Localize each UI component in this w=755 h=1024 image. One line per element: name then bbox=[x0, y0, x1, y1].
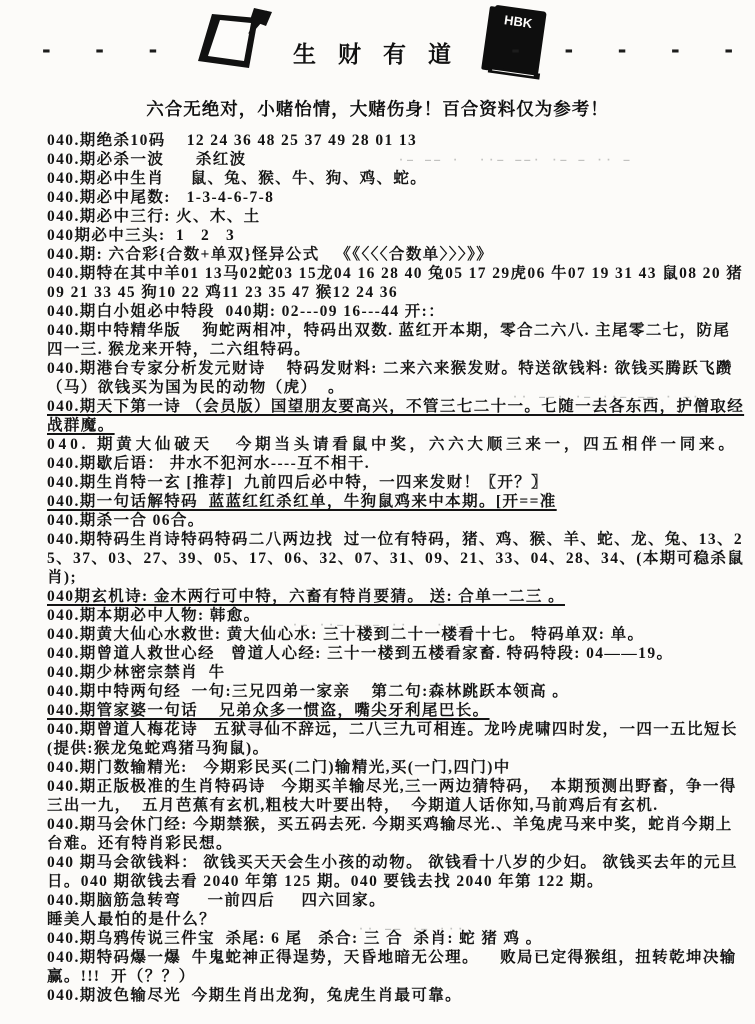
content-line: 040.期杀一合 06合。 bbox=[47, 511, 746, 530]
tips-list: 040.期绝杀10码 12 24 36 48 25 37 49 28 01 13… bbox=[47, 131, 746, 1005]
content-line: 040期玄机诗: 金木两行可中特，六畜有特肖要猜。 送: 合单一二三 。 bbox=[47, 587, 746, 606]
content-line: 040.期管家婆一句话 兄弟众多一惯盗，嘴尖牙利尾巴长。 bbox=[47, 701, 746, 720]
header: - - - - 生财有道 HBK - - - bbox=[0, 0, 755, 92]
content-line: 040 期马会欲钱料： 欲钱买天天会生小孩的动物。 欲钱看十八岁的少妇。 欲钱买… bbox=[47, 853, 746, 891]
content-line: 040.期绝杀10码 12 24 36 48 25 37 49 28 01 13 bbox=[47, 131, 746, 150]
content-line: 040.期特在其中羊01 13马02蛇03 15龙04 16 28 40 兔05… bbox=[47, 264, 746, 302]
content-line: 040.期少林密宗禁肖 牛 bbox=[47, 663, 746, 682]
content-line: 040.期特码生肖诗特码特码二八两边找 过一位有特码，猪、鸡、猴、羊、蛇、龙、兔… bbox=[47, 530, 746, 587]
content-line: 040.期天下第一诗 （会员版）国望朋友要高兴，不管三七二十一。七随一去各东西，… bbox=[47, 397, 746, 435]
notepad-pen-icon bbox=[196, 6, 278, 81]
content-line: 040.期乌鸦传说三件宝 杀尾: 6 尾 杀合: 三 合 杀肖: 蛇 猪 鸡 。 bbox=[47, 929, 746, 948]
content-line: 040.期曾道人救世心经 曾道人心经: 三十一楼到五楼看家畜. 特码特段: 04… bbox=[47, 644, 746, 663]
content-line: 040.期一句话解特码 蓝蓝红红杀红单，牛狗鼠鸡来中本期。[开==准 bbox=[47, 492, 746, 511]
content-line: 040.期白小姐必中特段 040期: 02---09 16---44 开:： bbox=[47, 302, 746, 321]
content-line: 040.期脑筋急转弯 一前四后 四六回家。 bbox=[47, 891, 746, 910]
content-line: 040.期波色输尽光 今期生肖出龙狗，兔虎生肖最可靠。 bbox=[47, 986, 746, 1005]
content-line: 040.期必中尾数: 1-3-4-6-7-8 bbox=[47, 188, 746, 207]
header-right-dashes: - - - - - bbox=[509, 38, 749, 62]
disclaimer-text: 六合无绝对，小赌怡情，大赌伤身！百合资料仅为参考！ bbox=[0, 96, 755, 121]
content-line: 040.期必中生肖 鼠、兔、猴、牛、狗、鸡、蛇。 bbox=[47, 169, 746, 188]
scanned-tip-sheet-page: - - - - 生财有道 HBK - - - bbox=[0, 0, 755, 1024]
content-line: 040.期本期必中人物: 韩愈。 bbox=[47, 606, 746, 625]
content-line: 040.期生肖特一玄 [推荐] 九前四后必中特，一四来发财！〖开？〗 bbox=[47, 473, 746, 492]
content-line: 040.期必杀一波 杀红波 bbox=[47, 150, 746, 169]
content-line: 040.期中特两句经 一句:三兄四弟一家亲 第二句:森林跳跃本领高 。 bbox=[47, 682, 746, 701]
content-line: 040.期马会休门经: 今期禁猴，买五码去死. 今期买鸡输尽光.、羊兔虎马来中奖… bbox=[47, 815, 746, 853]
content-line: 040.期: 六合彩{合数+单双}怪异公式 《《〈〈〈合数单〉〉〉》》 bbox=[47, 245, 746, 264]
content-line: 040.期曾道人梅花诗 五狱寻仙不辞远，二八三九可相连。龙吟虎啸四时发，一四一五… bbox=[47, 720, 746, 758]
content-line: 睡美人最怕的是什么？ bbox=[47, 910, 746, 929]
page-title: 生财有道 bbox=[278, 36, 488, 69]
content-line: 040. 期黄大仙破天 今期当头请看鼠中奖，六六大顺三来一，四五相伴一同来。 bbox=[47, 435, 746, 454]
content-line: 040.期歇后语： 井水不犯河水----互不相干. bbox=[47, 454, 746, 473]
content-line: 040.期正版极准的生肖特码诗 今期买羊输尽光,三一两边猜特码， 本期预测出野畜… bbox=[47, 777, 746, 815]
content-line: 040.期门数输精光: 今期彩民买(二门)输精光,买(一门,四门)中 bbox=[47, 758, 746, 777]
content-line: 040.期港台专家分析发元财诗 特码发财料: 二来六来猴发财。特送欲钱料: 欲钱… bbox=[47, 359, 746, 397]
content-line: 040期必中三头: 1 2 3 bbox=[47, 226, 746, 245]
content-line: 040.期特码爆一爆 牛鬼蛇神正得逞势，天昏地暗无公理。 败局已定得猴组，扭转乾… bbox=[47, 948, 746, 986]
content-line: 040.期必中三行: 火、木、土 bbox=[47, 207, 746, 226]
content-line: 040.期中特精华版 狗蛇两相冲，特码出双数. 蓝红开本期，零合二六八. 主尾零… bbox=[47, 321, 746, 359]
content-line: 040.期黄大仙心水救世: 黄大仙心水: 三十楼到二十一楼看十七。 特码单双: … bbox=[47, 625, 746, 644]
